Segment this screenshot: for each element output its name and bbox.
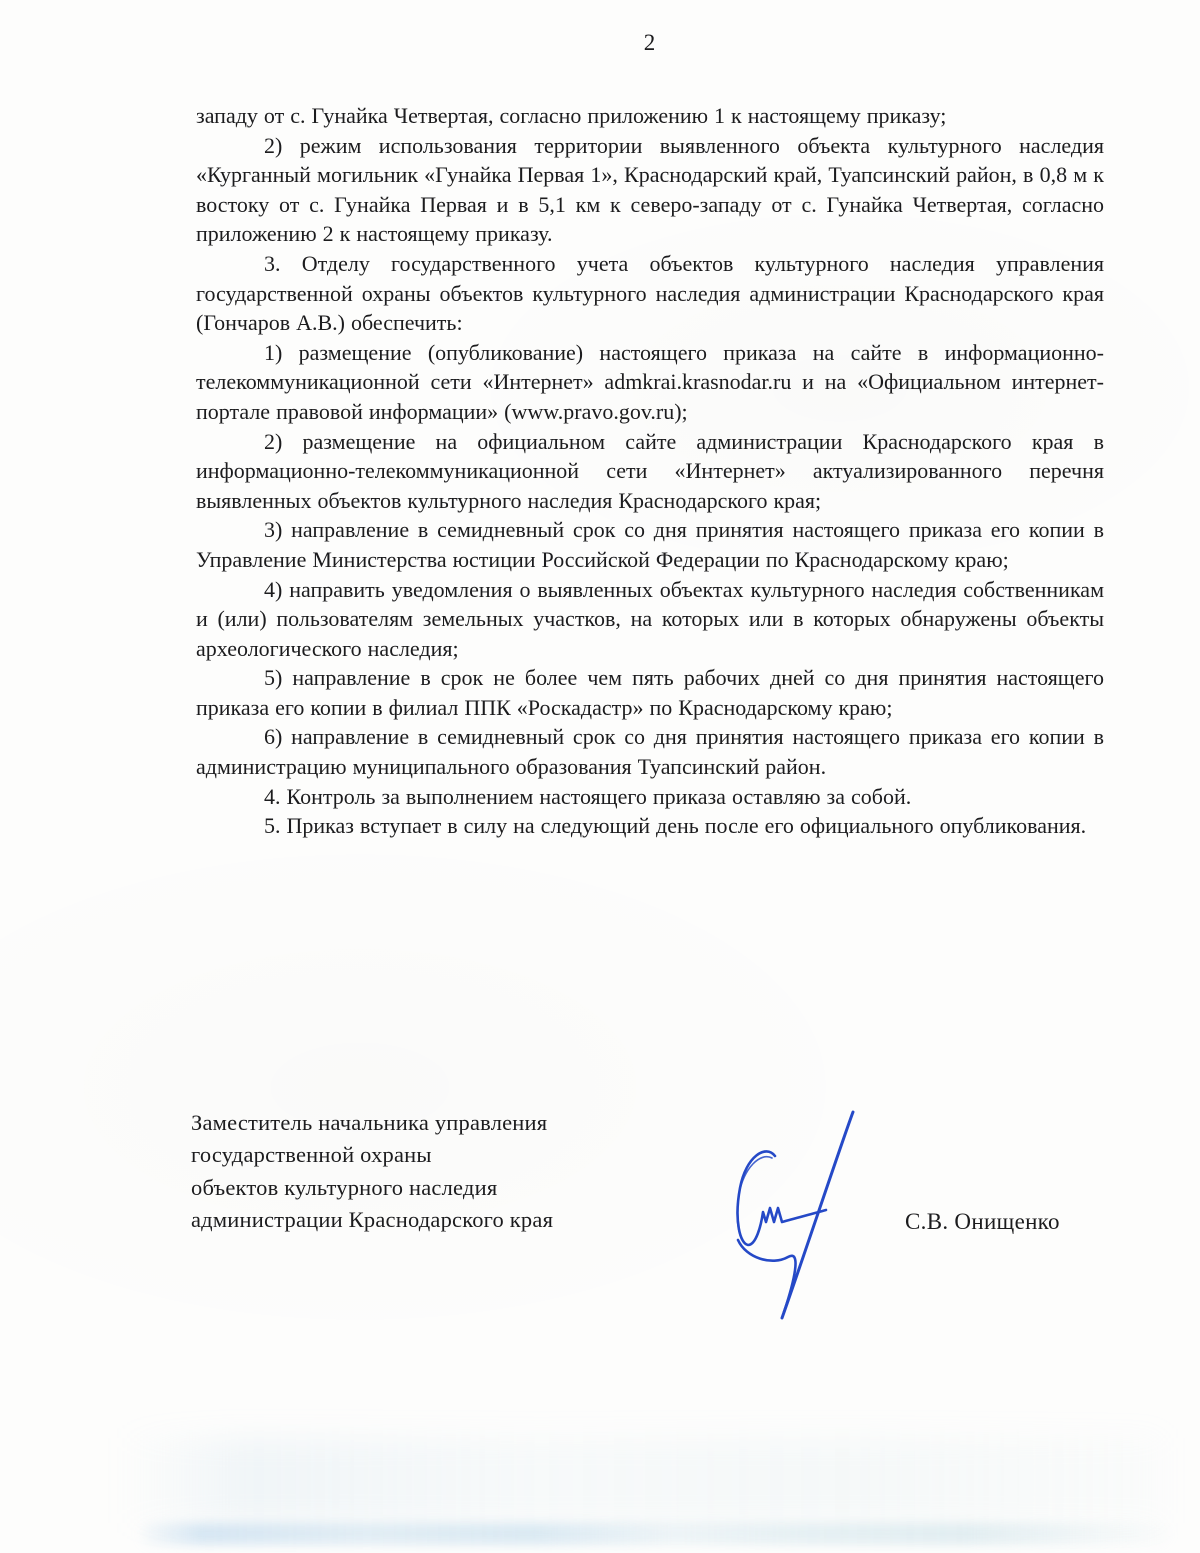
scan-bleedthrough-haze	[120, 1438, 1160, 1523]
signature-stroke	[738, 1240, 796, 1312]
signer-role-line: Заместитель начальника управления	[191, 1107, 711, 1139]
body-paragraph: 5. Приказ вступает в силу на следующий д…	[196, 811, 1104, 841]
body-paragraph: 2) размещение на официальном сайте админ…	[196, 427, 1104, 516]
body-paragraph: 3. Отделу государственного учета объекто…	[196, 249, 1104, 338]
signature-ink	[726, 1098, 871, 1330]
body-paragraph: 5) направление в срок не более чем пять …	[196, 663, 1104, 722]
page-number: 2	[196, 30, 1104, 56]
signer-role-line: объектов культурного наследия	[191, 1172, 711, 1204]
signature-stroke	[737, 1157, 772, 1243]
body-paragraph: 2) режим использования территории выявле…	[196, 131, 1104, 249]
body-paragraph: 6) направление в семидневный срок со дня…	[196, 722, 1104, 781]
document-page: { "page": { "number": "2" }, "body": { "…	[0, 0, 1200, 1553]
signer-name: С.В. Онищенко	[905, 1209, 1060, 1235]
body-paragraph: 4. Контроль за выполнением настоящего пр…	[196, 782, 1104, 812]
body-paragraph: 3) направление в семидневный срок со дня…	[196, 515, 1104, 574]
signer-role: Заместитель начальника управления госуда…	[191, 1107, 711, 1237]
body-paragraph: 4) направить уведомления о выявленных об…	[196, 575, 1104, 664]
document-body: западу от с. Гунайка Четвертая, согласно…	[196, 101, 1104, 841]
scan-artifact-band	[140, 1523, 1170, 1545]
signer-role-line: администрации Краснодарского края	[191, 1204, 711, 1236]
body-paragraph: 1) размещение (опубликование) настоящего…	[196, 338, 1104, 427]
body-paragraph: западу от с. Гунайка Четвертая, согласно…	[196, 101, 1104, 131]
signer-role-line: государственной охраны	[191, 1139, 711, 1171]
